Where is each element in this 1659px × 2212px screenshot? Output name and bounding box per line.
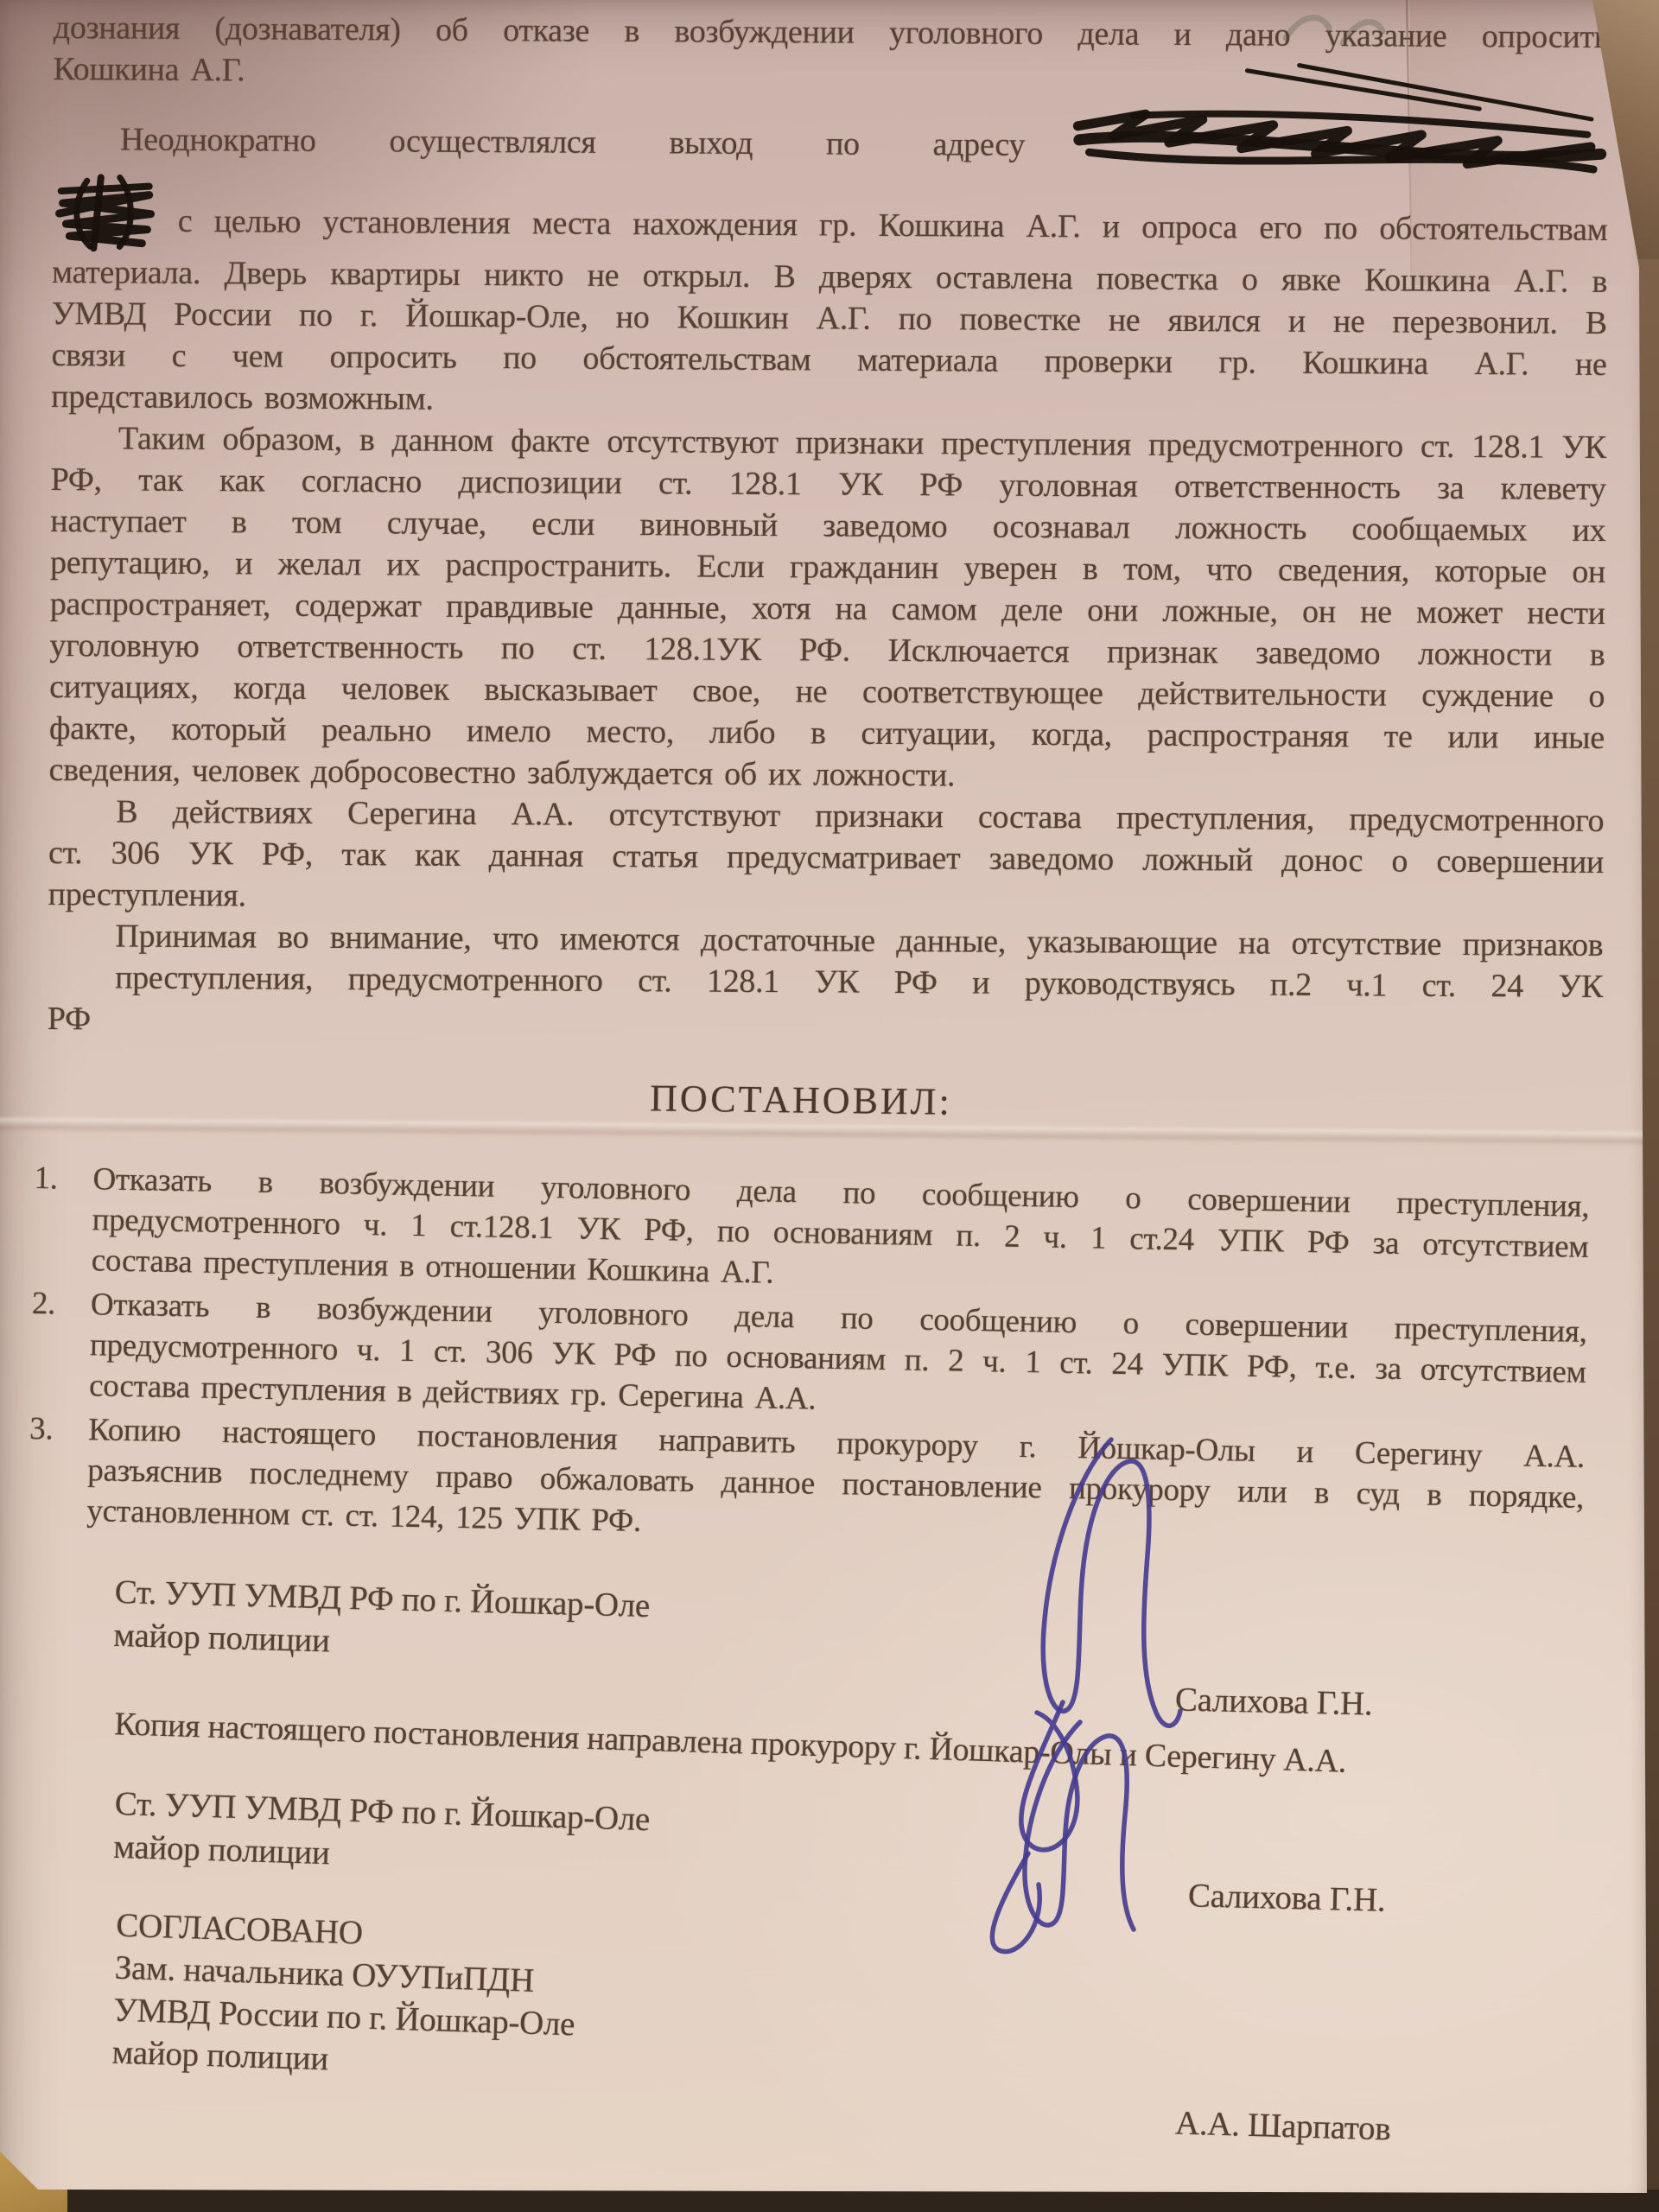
text-fragment: с целью установления места нахождения гр… [178, 203, 1608, 248]
resolution-item-2: 2. Отказать в возбуждении уголовного дел… [30, 1283, 1587, 1433]
paragraph-address-visits: Неоднократно осуществлялся выход по адре… [51, 90, 1608, 427]
redaction-scribble-blob-icon [52, 172, 156, 252]
text-line: Неоднократно осуществлялся выход по адре… [53, 90, 1609, 181]
item-number: 3. [29, 1408, 54, 1449]
table-background-bottom [0, 2190, 1659, 2212]
approval-block: СОГЛАСОВАНО Зам. начальника ОУУПиПДН УМВ… [111, 1904, 578, 2088]
redaction-scribble-address-icon [1071, 90, 1610, 188]
paragraph-conclusion: Принимая во внимание, что имеются достат… [48, 915, 1604, 1049]
resolution-list: 1. Отказать в возбуждении уголовного дел… [28, 1158, 1590, 1562]
item-number: 1. [34, 1158, 58, 1198]
resolution-item-1: 1. Отказать в возбуждении уголовного дел… [32, 1158, 1589, 1308]
handwritten-signature-2 [899, 1715, 1192, 1957]
text-line: Принимая во внимание, что имеются достат… [48, 915, 1604, 1007]
officer-title-block-1: Ст. УУП УМВД РФ по г. Йошкар-Оле майор п… [113, 1571, 651, 1671]
paragraph-continuation: дознания (дознавателя) об отказе в возбу… [53, 7, 1609, 99]
document-photo: дознания (дознавателя) об отказе в возбу… [0, 0, 1659, 2212]
officer-name-2: Салихова Г.Н. [1187, 1874, 1386, 1923]
officer-title-block-2: Ст. УУП УМВД РФ по г. Йошкар-Оле майор п… [113, 1783, 651, 1885]
text-fragment: Неоднократно осуществлялся выход по адре… [120, 121, 1025, 162]
item-number: 2. [31, 1283, 55, 1324]
resolution-item-3: 3. Копию настоящего постановления направ… [28, 1408, 1585, 1559]
text-line: с целью установления места нахождения гр… [52, 172, 1608, 261]
approver-name: А.А. Шарпатов [1174, 2102, 1391, 2152]
body-text-section: дознания (дознавателя) об отказе в возбу… [48, 7, 1609, 1049]
paragraph-article-306: В действиях Серегина А.А. отсутствуют пр… [48, 791, 1605, 925]
paragraph-article-128: Таким образом, в данном факте отсутствую… [48, 417, 1606, 800]
paper-page: дознания (дознавателя) об отказе в возбу… [0, 0, 1659, 2212]
